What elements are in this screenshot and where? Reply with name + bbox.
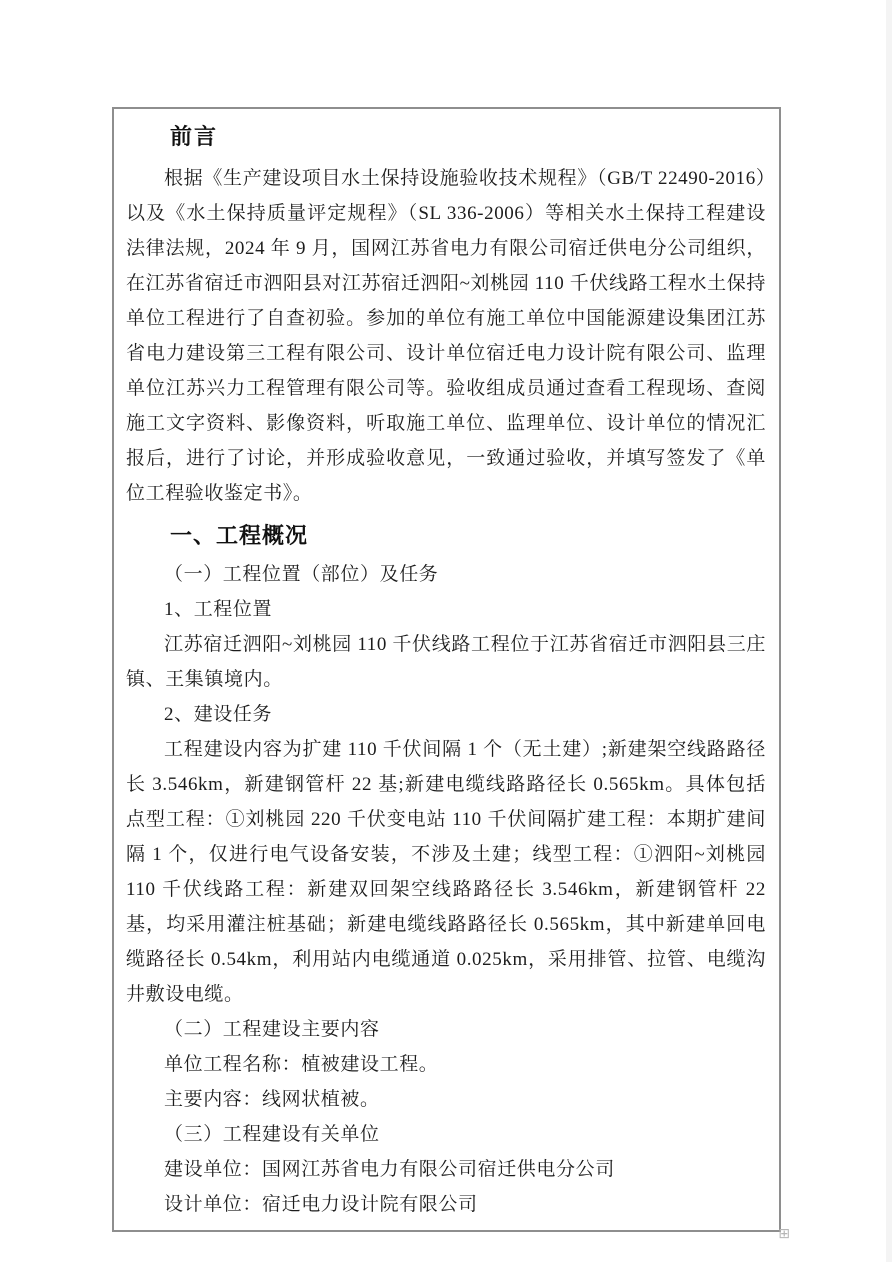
construction-task-heading: 2、建设任务 — [126, 697, 766, 732]
subsection3-heading: （三）工程建设有关单位 — [126, 1117, 766, 1152]
unit-project-name-line: 单位工程名称：植被建设工程。 — [126, 1047, 766, 1082]
preface-heading: 前言 — [126, 121, 766, 153]
table-resize-handle-icon[interactable]: ⊞ — [778, 1227, 790, 1241]
construction-task-text: 工程建设内容为扩建 110 千伏间隔 1 个（无土建）;新建架空线路路径长 3.… — [126, 732, 766, 1012]
preface-paragraph: 根据《生产建设项目水土保持设施验收技术规程》（GB/T 22490-2016）以… — [126, 161, 766, 511]
subsection1-heading: （一）工程位置（部位）及任务 — [126, 557, 766, 592]
project-location-text: 江苏宿迁泗阳~刘桃园 110 千伏线路工程位于江苏省宿迁市泗阳县三庄镇、王集镇境… — [126, 627, 766, 697]
main-content-line: 主要内容：线网状植被。 — [126, 1082, 766, 1117]
section1-heading: 一、工程概况 — [126, 520, 766, 552]
table-cell: 前言 根据《生产建设项目水土保持设施验收技术规程》（GB/T 22490-201… — [112, 107, 781, 1232]
page-right-edge — [886, 0, 892, 1262]
document-page: 前言 根据《生产建设项目水土保持设施验收技术规程》（GB/T 22490-201… — [0, 0, 892, 1262]
design-unit-line: 设计单位：宿迁电力设计院有限公司 — [126, 1187, 766, 1222]
construction-unit-line: 建设单位：国网江苏省电力有限公司宿迁供电分公司 — [126, 1152, 766, 1187]
project-location-heading: 1、工程位置 — [126, 592, 766, 627]
subsection2-heading: （二）工程建设主要内容 — [126, 1012, 766, 1047]
